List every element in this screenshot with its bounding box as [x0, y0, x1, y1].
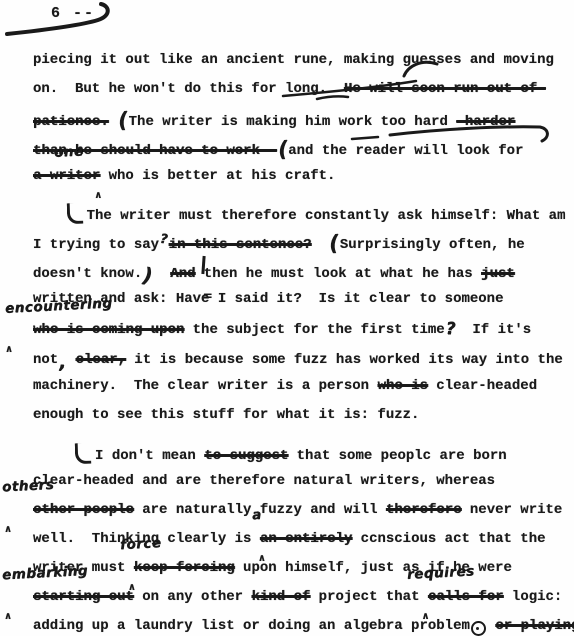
hand-mark-operiod: [471, 621, 486, 636]
struck-text: therefore: [386, 502, 462, 518]
typed-text: and the reader will look for: [288, 143, 523, 159]
handwritten-word: force: [119, 529, 162, 560]
hand-mark-hq: ?: [446, 315, 456, 344]
handwritten-word: encountering: [4, 289, 113, 324]
typed-line: others∧other people are naturally fuzzy …: [33, 496, 574, 525]
struck-text: who is: [377, 378, 427, 394]
manuscript-body: piecing it out like an ancient rune, mak…: [33, 46, 574, 636]
typed-text: ccnscious act that the: [352, 531, 545, 547]
typed-line: a writerone∧ who is better at his craft.: [33, 162, 574, 191]
handwritten-word: one: [53, 137, 84, 168]
caret-mark-icon: ∧: [4, 525, 12, 535]
typed-text: who is better at his craft.: [100, 168, 335, 184]
struck-text: a writer: [33, 168, 100, 184]
typed-text: I don't mean: [95, 448, 204, 464]
struck-text: patience.: [33, 114, 109, 130]
typed-line: The writer must therefore constantly ask…: [33, 198, 574, 227]
caret-mark-icon: ∧: [5, 345, 13, 355]
typed-text: Surprisingly often, he: [340, 237, 525, 253]
typed-text: on any other: [134, 589, 252, 605]
hand-mark-oparen: (: [117, 106, 129, 136]
typed-line: clear-headed and are therefore natural w…: [33, 467, 574, 496]
struck-text: He will soon run out of—: [344, 81, 546, 97]
paragraph: piecing it out like an ancient rune, mak…: [33, 46, 574, 191]
typed-line: machinery. The clear writer is a person …: [33, 372, 574, 401]
hand-mark-pbracket: [75, 443, 92, 465]
typed-line: on. But he won't do this for long. He wi…: [33, 75, 574, 104]
struck-text: to suggest: [204, 448, 288, 464]
typed-text: The writer must therefore constantly ask…: [87, 208, 566, 224]
typed-text: [311, 237, 328, 253]
handwritten-word: embarking: [1, 557, 88, 590]
struck-text: an entirely: [260, 531, 352, 547]
page-number: 6: [51, 5, 62, 22]
typed-line: embarking∧starting out on any other kind…: [33, 583, 574, 612]
struck-text: And: [170, 266, 195, 282]
struck-text: in this sentence?: [169, 237, 312, 253]
struck-text: keep forcing: [134, 560, 235, 576]
typed-line: adding up a laundry list or doing an alg…: [33, 612, 574, 636]
typed-text: piecing it out like an ancient rune, mak…: [33, 52, 554, 68]
typed-text: it is because some fuzz has worked its w…: [126, 352, 563, 368]
typed-text: [419, 589, 427, 605]
manuscript-page: 6 -- piecing it out like an ancient rune…: [0, 0, 574, 636]
typed-line: encountering∧who is coming upon the subj…: [33, 314, 574, 343]
struck-text: just: [481, 266, 515, 282]
struck-text: or playing —: [495, 618, 574, 634]
typed-line: writer must force∧keep forcing upon hims…: [33, 554, 574, 583]
typed-text: [33, 208, 67, 224]
typed-line: piecing it out like an ancient rune, mak…: [33, 46, 574, 75]
typed-text: [109, 114, 117, 130]
typed-line: doesn't know.) And then he must look at …: [33, 256, 574, 285]
handwritten-word: requires: [407, 557, 476, 589]
typed-text: If it's: [456, 322, 532, 338]
typed-line: enough to see this stuff for what it is:…: [33, 401, 574, 430]
typed-text: [153, 266, 170, 282]
hand-mark-pbracket: [66, 203, 83, 225]
hand-mark-oparen: (: [277, 135, 289, 165]
typed-line: patience. (The writer is making him work…: [33, 104, 574, 133]
typed-text: project that: [310, 589, 419, 605]
typed-text: the subject for the first time: [184, 322, 444, 338]
typed-text: doesn't know.: [33, 266, 142, 282]
page-number-dashes: --: [73, 5, 95, 22]
handwritten-word: a: [251, 501, 262, 530]
typed-text: logic:: [504, 589, 563, 605]
typed-text: he must look at what he has: [237, 266, 481, 282]
typed-text: The writer is making him work too hard: [129, 114, 457, 130]
typed-text: enough to see this stuff for what it is:…: [33, 407, 419, 423]
struck-text: clear,: [75, 352, 125, 368]
hand-mark-hq-small: ?: [159, 225, 170, 255]
struck-text: who is coming upon: [33, 322, 184, 338]
typed-text: clear-headed and are therefore natural w…: [33, 473, 495, 489]
typed-text: not: [33, 352, 58, 368]
typed-text: [33, 448, 75, 464]
typed-line: written and ask: Have I said it? Is it c…: [33, 285, 574, 314]
hand-mark-oparen: (: [328, 229, 340, 259]
struck-text: starting out: [33, 589, 134, 605]
page-header: 6 --: [33, 3, 574, 46]
typed-line: than he should have to work —(and the re…: [33, 133, 574, 162]
typed-text: I trying to say: [33, 237, 159, 253]
typed-text: machinery. The clear writer is a person: [33, 378, 377, 394]
caret-mark-icon: ∧: [4, 612, 12, 622]
typed-text: on. But he won't do this for long.: [33, 81, 344, 97]
typed-text: clear-headed: [428, 378, 537, 394]
struck-text: kind of: [251, 589, 310, 605]
typed-text: that some peoplc are born: [288, 448, 506, 464]
typed-text: adding up a laundry list or doing an alg…: [33, 618, 470, 634]
typed-line: well. Thinking clearly is a∧an entirely …: [33, 525, 574, 554]
struck-text: other people: [33, 502, 134, 518]
typed-text: never write: [462, 502, 563, 518]
typed-line: not, clear, it is because some fuzz has …: [33, 343, 574, 372]
handwritten-word: others: [1, 471, 55, 503]
paragraph: The writer must therefore constantly ask…: [33, 198, 574, 430]
struck-text: calls for: [428, 589, 504, 605]
struck-text: —harder: [456, 114, 515, 130]
typed-line: I trying to say?in this sentence? (Surpr…: [33, 227, 574, 256]
typed-line: I don't mean to suggest that some peoplc…: [33, 438, 574, 467]
paragraph: I don't mean to suggest that some peoplc…: [33, 438, 574, 636]
